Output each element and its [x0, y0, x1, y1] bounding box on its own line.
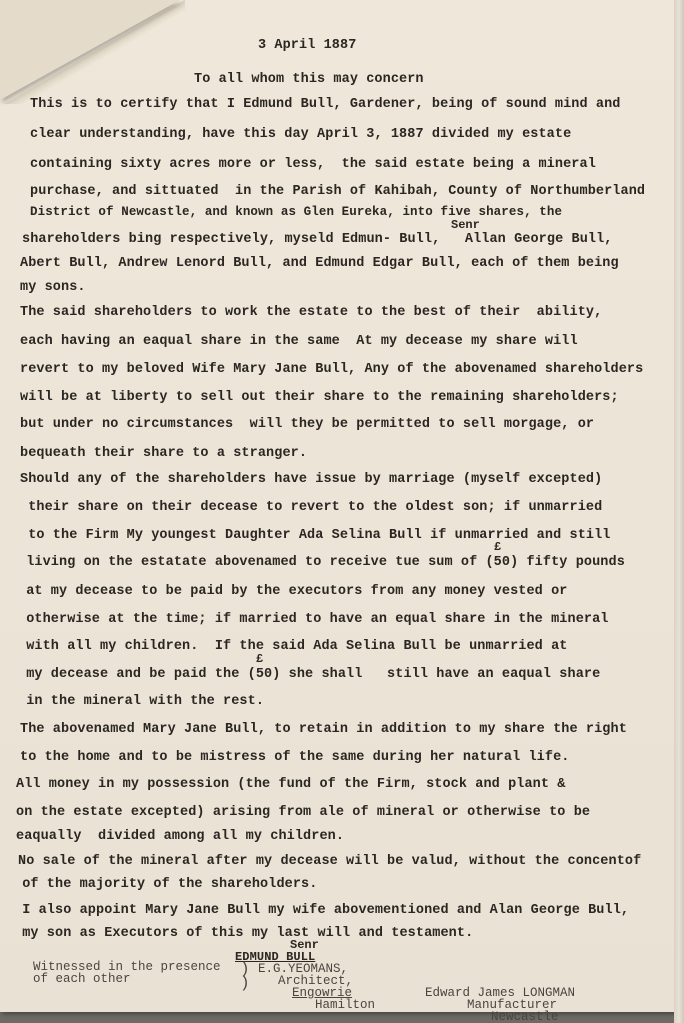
witness-note-line-2: of each other [33, 973, 131, 986]
page-edge [674, 0, 684, 1023]
body-line-29: No sale of the mineral after my decease … [18, 854, 641, 869]
body-line-14: bequeath their share to a stranger. [20, 446, 307, 461]
body-line-15: Should any of the shareholders have issu… [20, 472, 602, 487]
body-line-17: to the Firm My youngest Daughter Ada Sel… [20, 528, 611, 543]
body-line-7: Abert Bull, Andrew Lenord Bull, and Edmu… [20, 256, 619, 271]
body-line-31: I also appoint Mary Jane Bull my wife ab… [14, 903, 629, 918]
senr-annotation: Senr [451, 218, 480, 232]
body-line-22: my decease and be paid the (50) she shal… [18, 667, 600, 682]
body-line-26: All money in my possession (the fund of … [16, 777, 566, 792]
body-line-27: on the estate excepted) arising from ale… [16, 805, 590, 820]
body-line-12: will be at liberty to sell out their sha… [20, 390, 619, 405]
bracket-mark: )) [240, 962, 250, 990]
body-line-2: clear understanding, have this day April… [30, 127, 571, 142]
body-line-21: with all my children. If the said Ada Se… [18, 639, 568, 654]
body-line-30: of the majority of the shareholders. [14, 877, 317, 892]
body-line-23: in the mineral with the rest. [18, 694, 264, 709]
body-line-16: their share on their decease to revert t… [20, 500, 602, 515]
witness2-place: Newcastle [491, 1011, 559, 1023]
body-line-24: The abovenamed Mary Jane Bull, to retain… [20, 722, 627, 737]
body-line-8: my sons. [20, 280, 86, 295]
body-line-20: otherwise at the time; if married to hav… [18, 612, 609, 627]
document-salutation: To all whom this may concern [194, 72, 424, 87]
body-line-10: each having an eaqual share in the same … [20, 334, 578, 349]
body-line-32: my son as Executors of this my last will… [14, 926, 473, 941]
body-line-6: shareholders bing respectively, myseld E… [22, 232, 613, 247]
folded-corner [0, 0, 180, 100]
body-line-5: District of Newcastle, and known as Glen… [30, 205, 562, 219]
witness1-place-2: Hamilton [315, 999, 375, 1012]
body-line-19: at my decease to be paid by the executor… [18, 584, 568, 599]
pound-sign-annotation: £ [256, 652, 263, 666]
body-line-28: eaqually divided among all my children. [16, 829, 344, 844]
document-page: 3 April 1887 To all whom this may concer… [0, 0, 676, 1012]
pound-sign-annotation: £ [494, 540, 501, 554]
body-line-13: but under no circumstances will they be … [20, 417, 594, 432]
body-line-4: purchase, and sittuated in the Parish of… [30, 184, 645, 199]
body-line-3: containing sixty acres more or less, the… [30, 157, 596, 172]
document-date: 3 April 1887 [258, 38, 356, 53]
body-line-9: The said shareholders to work the estate… [20, 305, 602, 320]
body-line-11: revert to my beloved Wife Mary Jane Bull… [20, 362, 643, 377]
body-line-18: living on the estatate abovenamed to rec… [18, 555, 625, 570]
body-line-25: to the home and to be mistress of the sa… [20, 750, 570, 765]
